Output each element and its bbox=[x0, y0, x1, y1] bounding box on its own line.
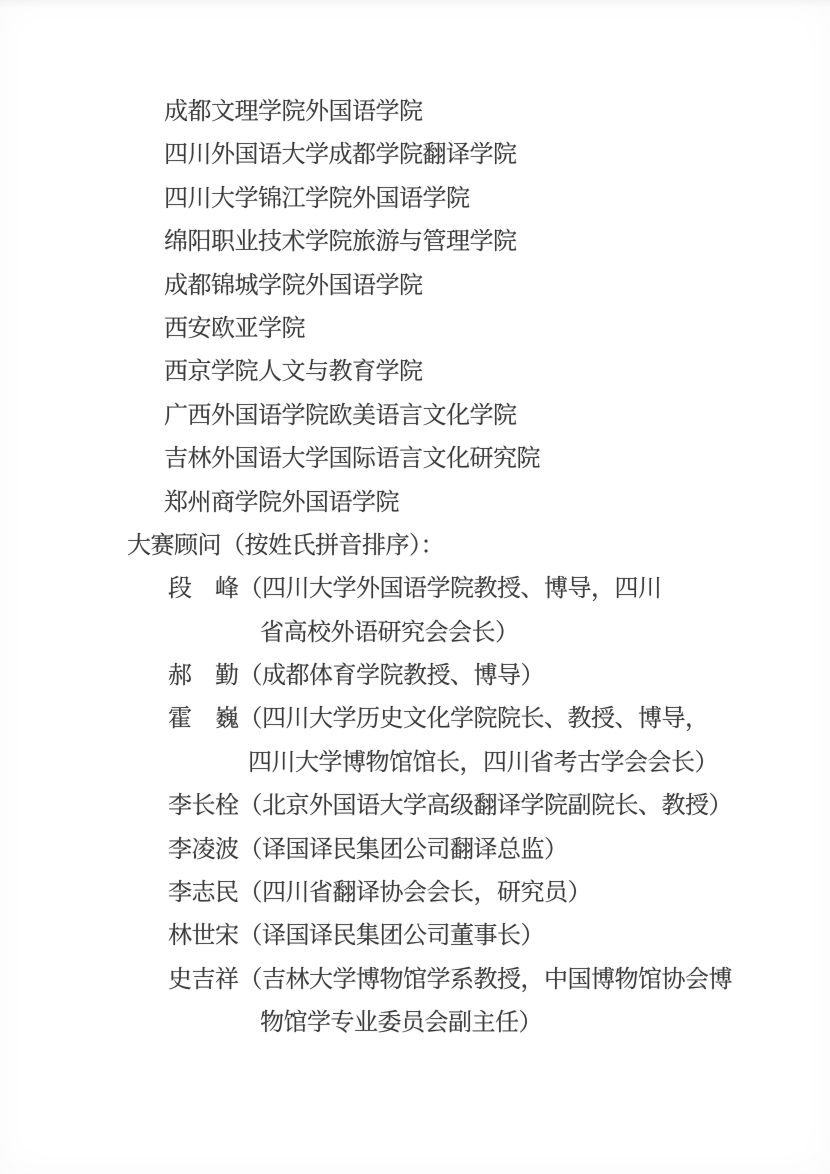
advisor-line: 林世宋（译国译民集团公司董事长） bbox=[0, 915, 830, 958]
advisor-continuation-line: 物馆学专业委员会副主任） bbox=[0, 1002, 830, 1045]
document-page: 成都文理学院外国语学院四川外国语大学成都学院翻译学院四川大学锦江学院外国语学院绵… bbox=[0, 0, 830, 1174]
advisor-line: 李长栓（北京外国语大学高级翻译学院副院长、教授） bbox=[0, 785, 830, 828]
institution-line: 绵阳职业技术学院旅游与管理学院 bbox=[0, 221, 830, 264]
institution-line: 西安欧亚学院 bbox=[0, 308, 830, 351]
institution-line: 吉林外国语大学国际语言文化研究院 bbox=[0, 438, 830, 481]
institution-line: 成都文理学院外国语学院 bbox=[0, 91, 830, 134]
advisors-section-heading: 大赛顾问（按姓氏拼音排序）： bbox=[0, 525, 830, 568]
advisor-line: 李志民（四川省翻译协会会长，研究员） bbox=[0, 872, 830, 915]
institution-line: 成都锦城学院外国语学院 bbox=[0, 265, 830, 308]
advisor-line: 史吉祥（吉林大学博物馆学系教授，中国博物馆协会博 bbox=[0, 959, 830, 1002]
document-text-block: 成都文理学院外国语学院四川外国语大学成都学院翻译学院四川大学锦江学院外国语学院绵… bbox=[0, 91, 830, 1046]
advisor-line: 霍 巍（四川大学历史文化学院院长、教授、博导， bbox=[0, 698, 830, 741]
institution-line: 郑州商学院外国语学院 bbox=[0, 482, 830, 525]
advisor-line: 段 峰（四川大学外国语学院教授、博导，四川 bbox=[0, 568, 830, 611]
institution-line: 西京学院人文与教育学院 bbox=[0, 351, 830, 394]
advisor-continuation-line: 四川大学博物馆馆长，四川省考古学会会长） bbox=[0, 742, 830, 785]
institution-line: 四川大学锦江学院外国语学院 bbox=[0, 178, 830, 221]
advisor-continuation-line: 省高校外语研究会会长） bbox=[0, 612, 830, 655]
institution-line: 广西外国语学院欧美语言文化学院 bbox=[0, 395, 830, 438]
advisor-line: 李凌波（译国译民集团公司翻译总监） bbox=[0, 829, 830, 872]
advisor-line: 郝 勤（成都体育学院教授、博导） bbox=[0, 655, 830, 698]
institution-line: 四川外国语大学成都学院翻译学院 bbox=[0, 134, 830, 177]
